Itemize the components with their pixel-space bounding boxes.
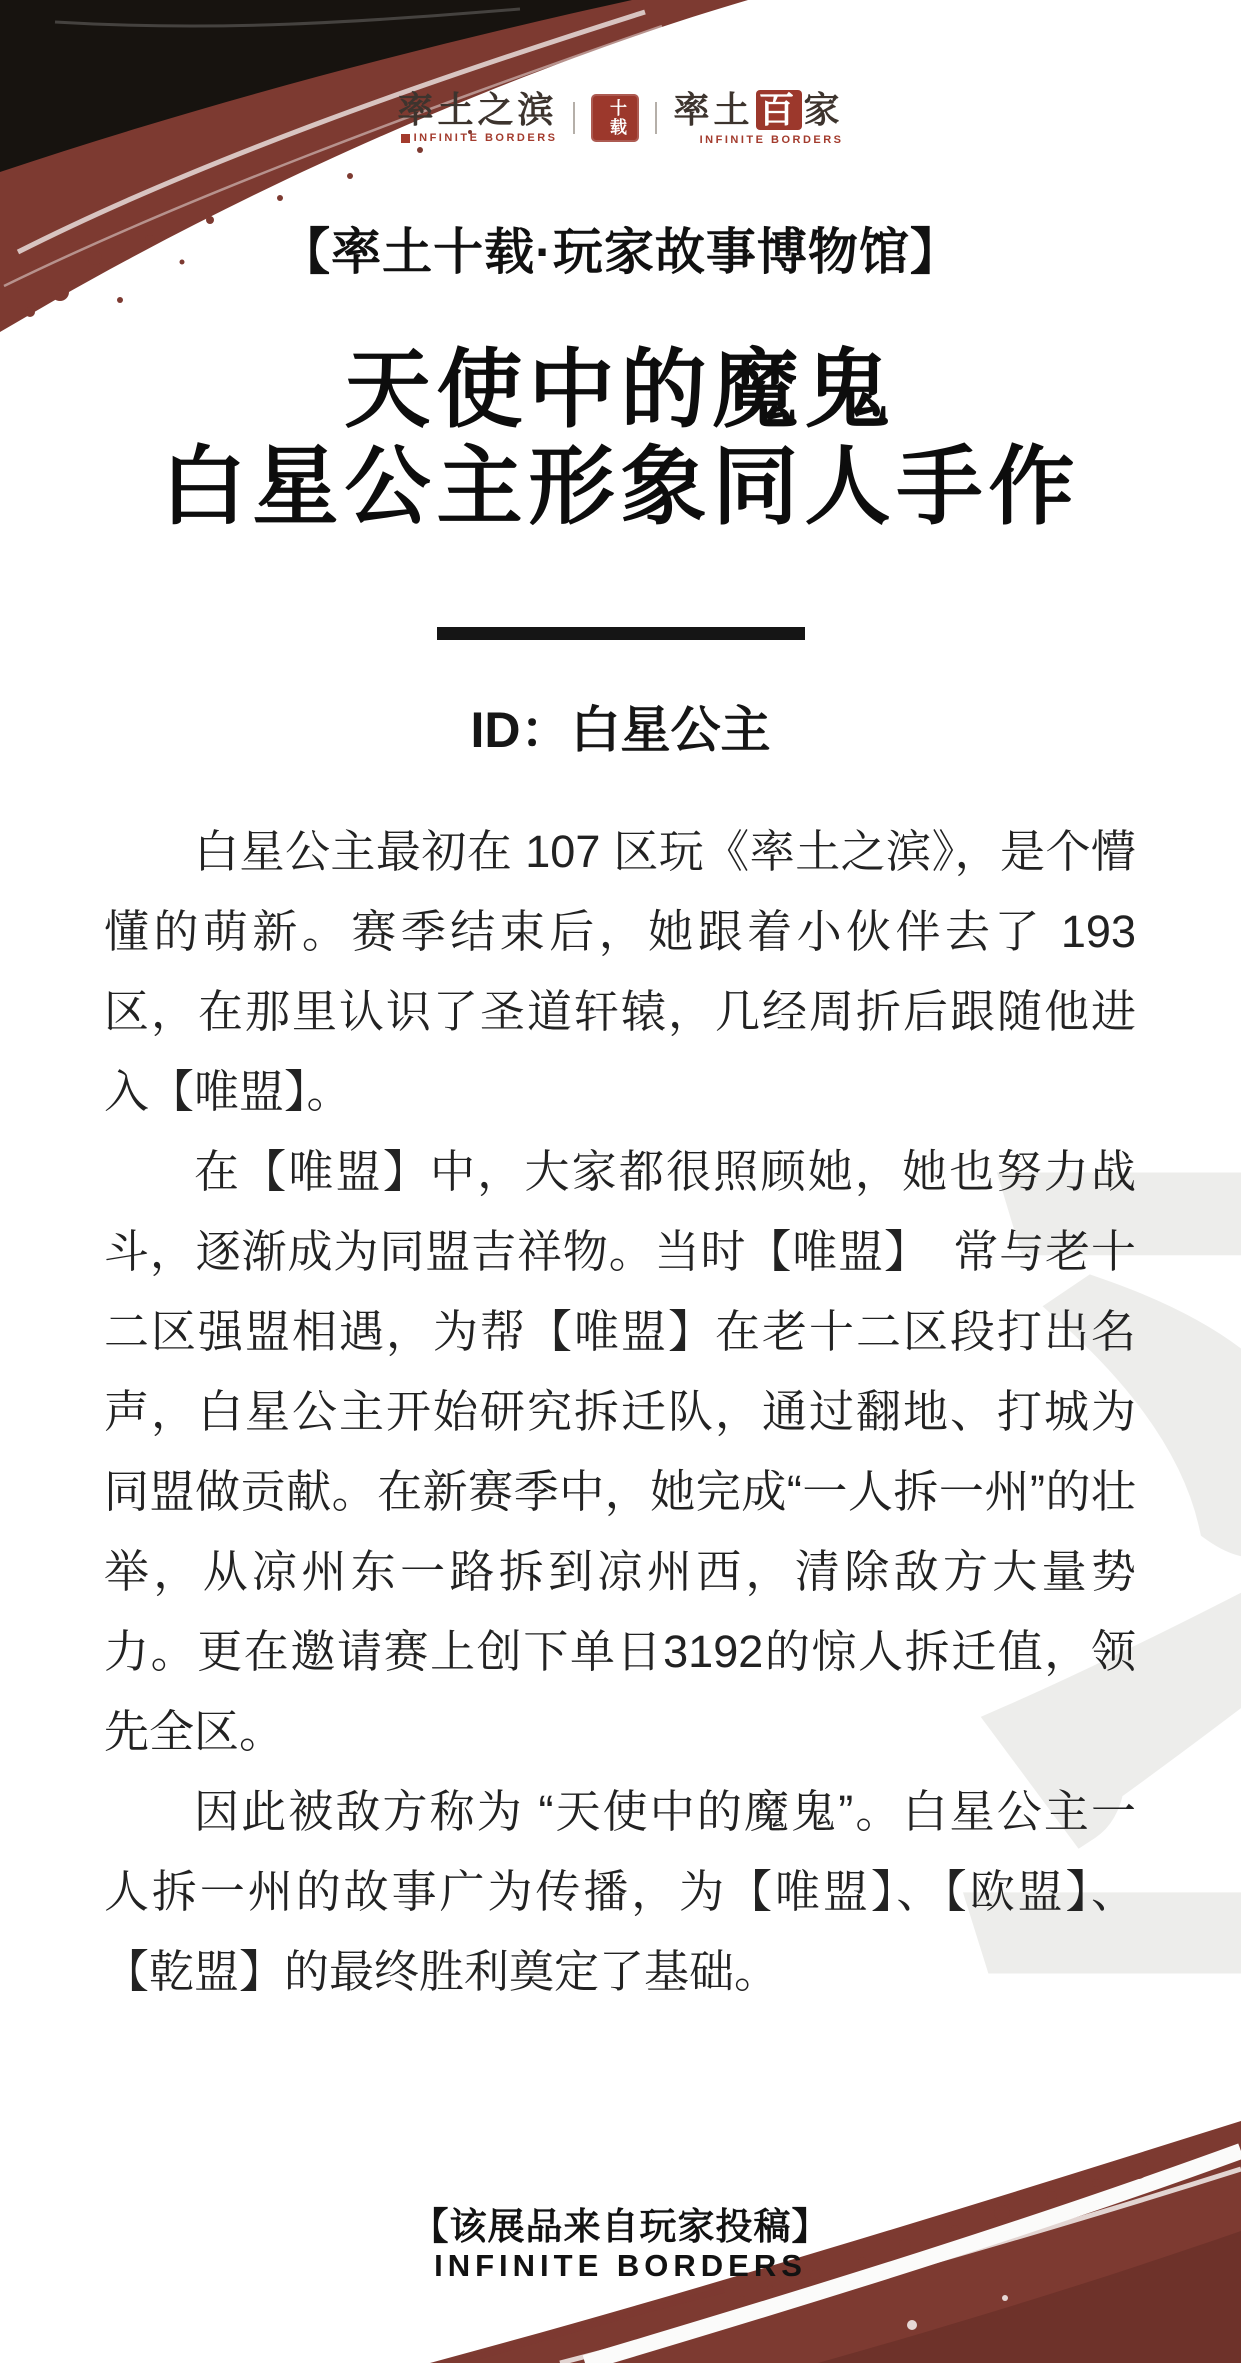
logo-shuaitu-baijia: 率土百家 INFINITE BORDERS [673, 90, 843, 146]
player-id: ID：白星公主 [0, 690, 1241, 762]
story-paragraph: 白星公主最初在 107 区玩《率土之滨》，是个懵懂的萌新。赛季结束后，她跟着小伙… [104, 812, 1136, 1132]
story-paragraph: 因此被敌方称为 “天使中的魔鬼”。白星公主一人拆一州的故事广为传播，为【唯盟】、… [104, 1772, 1136, 2012]
logo-separator [655, 102, 657, 134]
title-divider [437, 627, 805, 640]
story-article: 白星公主最初在 107 区玩《率土之滨》，是个懵懂的萌新。赛季结束后，她跟着小伙… [104, 812, 1136, 2012]
main-title-line1: 天使中的魔鬼 [345, 342, 897, 438]
brand-wordmark: INFINITE BORDERS [0, 2248, 1241, 2284]
main-title-line2: 白星公主形象同人手作 [161, 439, 1081, 535]
logo-right-seal-character: 百 [756, 90, 802, 130]
exhibit-series-title: 【率土十载·玩家故事博物馆】 [0, 212, 1241, 284]
logo-separator [573, 102, 575, 134]
decade-anniversary-seal-icon: 十载 [591, 94, 639, 142]
story-paragraph: 在【唯盟】中，大家都很照顾她，她也努力战斗，逐渐成为同盟吉祥物。当时【唯盟】 常… [104, 1132, 1136, 1772]
logo-shuaitu-zhibin: 率土之滨 INFINITE BORDERS [397, 92, 557, 144]
logo-right-prefix: 率土 [673, 89, 753, 131]
logo-right-subtitle-text: INFINITE BORDERS [700, 134, 844, 146]
square-bullet-icon [401, 134, 410, 143]
logo-left-wordmark: 率土之滨 [397, 92, 557, 128]
top-brush-decoration [0, 0, 780, 340]
seal-text: 十载 [607, 99, 624, 137]
logo-right-suffix: 家 [804, 89, 844, 131]
poster: 率 率土之滨 INFINITE BORDERS 十载 [0, 0, 1241, 2363]
bottom-brush-decoration [0, 1993, 1241, 2363]
main-title: 天使中的魔鬼白星公主形象同人手作 [0, 342, 1241, 536]
logo-left-subtitle-text: INFINITE BORDERS [414, 132, 558, 144]
logo-right-subtitle: INFINITE BORDERS [700, 134, 844, 146]
logo-right-wordmark: 率土百家 [673, 90, 843, 130]
logo-lockup: 率土之滨 INFINITE BORDERS 十载 率土百家 INFINITE B… [0, 90, 1241, 146]
submission-caption: 【该展品来自玩家投稿】 [0, 2196, 1241, 2250]
logo-left-subtitle: INFINITE BORDERS [401, 132, 558, 144]
